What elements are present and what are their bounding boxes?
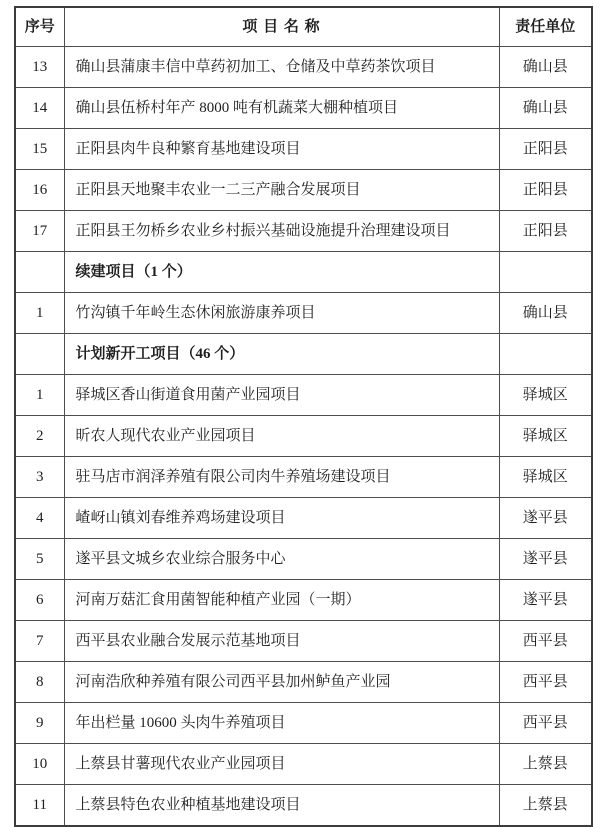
project-name-cell: 河南浩欣种养殖有限公司西平县加州鲈鱼产业园 — [64, 662, 499, 703]
table-row: 1竹沟镇千年岭生态休闲旅游康养项目确山县 — [15, 293, 592, 334]
row-number-cell: 15 — [15, 129, 64, 170]
responsible-unit-cell: 西平县 — [499, 621, 592, 662]
table-body: 13确山县蒲康丰信中草药初加工、仓储及中草药茶饮项目确山县14确山县伍桥村年产 … — [15, 47, 592, 827]
row-number-cell: 8 — [15, 662, 64, 703]
responsible-unit-cell: 正阳县 — [499, 129, 592, 170]
section-row: 计划新开工项目（46 个） — [15, 334, 592, 375]
header-project-name: 项 目 名 称 — [64, 7, 499, 47]
project-name-cell: 计划新开工项目（46 个） — [64, 334, 499, 375]
row-number-cell — [15, 252, 64, 293]
row-number-cell: 16 — [15, 170, 64, 211]
project-name-cell: 竹沟镇千年岭生态休闲旅游康养项目 — [64, 293, 499, 334]
responsible-unit-cell — [499, 252, 592, 293]
row-number-cell: 13 — [15, 47, 64, 88]
responsible-unit-cell: 驿城区 — [499, 416, 592, 457]
responsible-unit-cell: 确山县 — [499, 88, 592, 129]
responsible-unit-cell: 遂平县 — [499, 539, 592, 580]
responsible-unit-cell: 确山县 — [499, 47, 592, 88]
project-name-cell: 驻马店市润泽养殖有限公司肉牛养殖场建设项目 — [64, 457, 499, 498]
table-row: 9年出栏量 10600 头肉牛养殖项目西平县 — [15, 703, 592, 744]
header-row: 序号 项 目 名 称 责任单位 — [15, 7, 592, 47]
table-row: 8河南浩欣种养殖有限公司西平县加州鲈鱼产业园西平县 — [15, 662, 592, 703]
project-name-cell: 年出栏量 10600 头肉牛养殖项目 — [64, 703, 499, 744]
responsible-unit-cell: 正阳县 — [499, 170, 592, 211]
table-row: 5遂平县文城乡农业综合服务中心遂平县 — [15, 539, 592, 580]
row-number-cell: 11 — [15, 785, 64, 827]
project-name-cell: 正阳县王勿桥乡农业乡村振兴基础设施提升治理建设项目 — [64, 211, 499, 252]
responsible-unit-cell: 遂平县 — [499, 498, 592, 539]
table-row: 14确山县伍桥村年产 8000 吨有机蔬菜大棚种植项目确山县 — [15, 88, 592, 129]
row-number-cell: 1 — [15, 375, 64, 416]
row-number-cell: 6 — [15, 580, 64, 621]
table-row: 10上蔡县甘薯现代农业产业园项目上蔡县 — [15, 744, 592, 785]
project-name-cell: 西平县农业融合发展示范基地项目 — [64, 621, 499, 662]
responsible-unit-cell: 西平县 — [499, 662, 592, 703]
row-number-cell: 2 — [15, 416, 64, 457]
row-number-cell: 1 — [15, 293, 64, 334]
table-row: 13确山县蒲康丰信中草药初加工、仓储及中草药茶饮项目确山县 — [15, 47, 592, 88]
row-number-cell: 3 — [15, 457, 64, 498]
project-name-cell: 续建项目（1 个） — [64, 252, 499, 293]
table-row: 2昕农人现代农业产业园项目驿城区 — [15, 416, 592, 457]
responsible-unit-cell: 西平县 — [499, 703, 592, 744]
project-name-cell: 确山县蒲康丰信中草药初加工、仓储及中草药茶饮项目 — [64, 47, 499, 88]
responsible-unit-cell: 上蔡县 — [499, 785, 592, 827]
project-name-cell: 确山县伍桥村年产 8000 吨有机蔬菜大棚种植项目 — [64, 88, 499, 129]
table-row: 7西平县农业融合发展示范基地项目西平县 — [15, 621, 592, 662]
table-row: 11上蔡县特色农业种植基地建设项目上蔡县 — [15, 785, 592, 827]
table-row: 15正阳县肉牛良种繁育基地建设项目正阳县 — [15, 129, 592, 170]
table-row: 4嵖岈山镇刘春维养鸡场建设项目遂平县 — [15, 498, 592, 539]
responsible-unit-cell — [499, 334, 592, 375]
row-number-cell: 10 — [15, 744, 64, 785]
project-name-cell: 嵖岈山镇刘春维养鸡场建设项目 — [64, 498, 499, 539]
row-number-cell: 14 — [15, 88, 64, 129]
project-name-cell: 河南万菇汇食用菌智能种植产业园（一期） — [64, 580, 499, 621]
responsible-unit-cell: 遂平县 — [499, 580, 592, 621]
table-row: 17正阳县王勿桥乡农业乡村振兴基础设施提升治理建设项目正阳县 — [15, 211, 592, 252]
project-name-cell: 昕农人现代农业产业园项目 — [64, 416, 499, 457]
section-row: 续建项目（1 个） — [15, 252, 592, 293]
row-number-cell — [15, 334, 64, 375]
table-row: 3驻马店市润泽养殖有限公司肉牛养殖场建设项目驿城区 — [15, 457, 592, 498]
project-name-cell: 驿城区香山街道食用菌产业园项目 — [64, 375, 499, 416]
row-number-cell: 7 — [15, 621, 64, 662]
table-row: 1驿城区香山街道食用菌产业园项目驿城区 — [15, 375, 592, 416]
project-name-cell: 上蔡县甘薯现代农业产业园项目 — [64, 744, 499, 785]
responsible-unit-cell: 上蔡县 — [499, 744, 592, 785]
row-number-cell: 9 — [15, 703, 64, 744]
responsible-unit-cell: 驿城区 — [499, 375, 592, 416]
responsible-unit-cell: 正阳县 — [499, 211, 592, 252]
project-list-table: 序号 项 目 名 称 责任单位 13确山县蒲康丰信中草药初加工、仓储及中草药茶饮… — [14, 6, 593, 827]
header-responsible-unit: 责任单位 — [499, 7, 592, 47]
table-header: 序号 项 目 名 称 责任单位 — [15, 7, 592, 47]
responsible-unit-cell: 确山县 — [499, 293, 592, 334]
row-number-cell: 17 — [15, 211, 64, 252]
project-name-cell: 正阳县天地聚丰农业一二三产融合发展项目 — [64, 170, 499, 211]
table-row: 6河南万菇汇食用菌智能种植产业园（一期）遂平县 — [15, 580, 592, 621]
row-number-cell: 4 — [15, 498, 64, 539]
header-serial-number: 序号 — [15, 7, 64, 47]
responsible-unit-cell: 驿城区 — [499, 457, 592, 498]
project-name-cell: 正阳县肉牛良种繁育基地建设项目 — [64, 129, 499, 170]
project-name-cell: 遂平县文城乡农业综合服务中心 — [64, 539, 499, 580]
table-row: 16正阳县天地聚丰农业一二三产融合发展项目正阳县 — [15, 170, 592, 211]
row-number-cell: 5 — [15, 539, 64, 580]
project-name-cell: 上蔡县特色农业种植基地建设项目 — [64, 785, 499, 827]
